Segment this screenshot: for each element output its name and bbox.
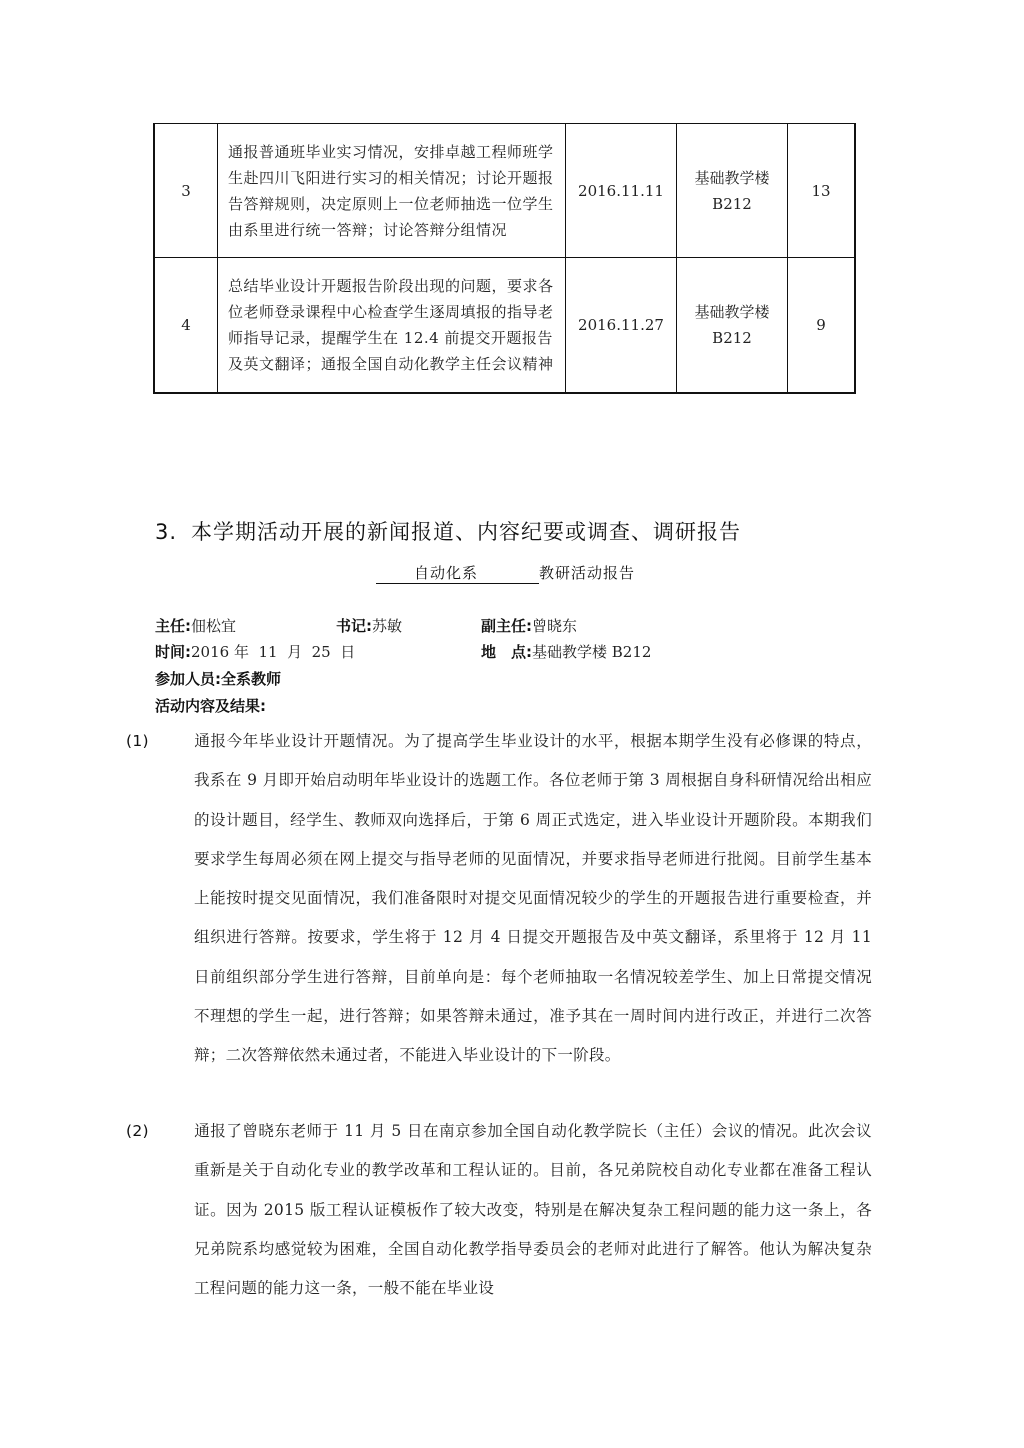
meta-row-time-location: 时间:2016 年 11 月 25 日 地 点:基础教学楼 B212 [155, 642, 755, 662]
deputy-value: 曾晓东 [532, 617, 577, 635]
content-label: 活动内容及结果: [155, 697, 266, 715]
section-heading: 3.本学期活动开展的新闻报道、内容纪要或调查、调研报告 [155, 516, 741, 546]
table-row: 3 通报普通班毕业实习情况，安排卓越工程师班学生赴四川飞阳进行实习的相关情况；讨… [154, 124, 855, 258]
director-label: 主任: [155, 617, 191, 635]
report-title: 自动化系教研活动报告 [376, 562, 635, 584]
row-number: 3 [154, 124, 218, 258]
meeting-content: 总结毕业设计开题报告阶段出现的问题，要求各位老师登录课程中心检查学生逐周填报的指… [218, 258, 566, 393]
director-value: 佃松宜 [191, 617, 236, 635]
document-page: 3 通报普通班毕业实习情况，安排卓越工程师班学生赴四川飞阳进行实习的相关情况；讨… [0, 0, 1024, 1448]
director-field: 主任:佃松宜 [155, 616, 236, 636]
report-title-suffix: 教研活动报告 [539, 564, 635, 582]
paragraph-1: (1)通报今年毕业设计开题情况。为了提高学生毕业设计的水平，根据本期学生没有必修… [160, 722, 872, 1076]
participants-line: 参加人员:全系教师 [155, 669, 281, 689]
paragraph-text: 通报了曾晓东老师于 11 月 5 日在南京参加全国自动化教学院长（主任）会议的情… [194, 1122, 872, 1297]
paragraph-2: (2)通报了曾晓东老师于 11 月 5 日在南京参加全国自动化教学院长（主任）会… [160, 1112, 872, 1308]
time-label: 时间: [155, 643, 191, 661]
place-room: B212 [677, 325, 787, 351]
place-building: 基础教学楼 [677, 165, 787, 191]
paragraph-marker: (2) [160, 1112, 194, 1151]
meta-row-officers: 主任:佃松宜 书记:苏敏 副主任:曾晓东 [155, 616, 755, 636]
secretary-value: 苏敏 [372, 617, 402, 635]
meeting-date: 2016.11.11 [566, 124, 677, 258]
meeting-records-table: 3 通报普通班毕业实习情况，安排卓越工程师班学生赴四川飞阳进行实习的相关情况；讨… [153, 123, 856, 394]
paragraph-text: 通报今年毕业设计开题情况。为了提高学生毕业设计的水平，根据本期学生没有必修课的特… [194, 732, 872, 1064]
meeting-date: 2016.11.27 [566, 258, 677, 393]
attendee-count: 13 [788, 124, 856, 258]
table-row: 4 总结毕业设计开题报告阶段出现的问题，要求各位老师登录课程中心检查学生逐周填报… [154, 258, 855, 393]
secretary-field: 书记:苏敏 [336, 616, 402, 636]
deputy-label: 副主任: [481, 617, 532, 635]
row-number: 4 [154, 258, 218, 393]
place-room: B212 [677, 191, 787, 217]
time-value: 2016 年 11 月 25 日 [191, 643, 355, 661]
section-number: 3. [155, 520, 177, 544]
location-value: 基础教学楼 B212 [532, 643, 651, 661]
location-field: 地 点:基础教学楼 B212 [481, 642, 651, 662]
meeting-content: 通报普通班毕业实习情况，安排卓越工程师班学生赴四川飞阳进行实习的相关情况；讨论开… [218, 124, 566, 258]
participants-label: 参加人员:全系教师 [155, 670, 281, 688]
content-heading: 活动内容及结果: [155, 696, 266, 716]
attendee-count: 9 [788, 258, 856, 393]
secretary-label: 书记: [336, 617, 372, 635]
meeting-place: 基础教学楼 B212 [677, 258, 788, 393]
department-name: 自动化系 [376, 563, 539, 584]
place-building: 基础教学楼 [677, 299, 787, 325]
deputy-field: 副主任:曾晓东 [481, 616, 577, 636]
section-title: 本学期活动开展的新闻报道、内容纪要或调查、调研报告 [191, 520, 741, 544]
paragraph-marker: (1) [160, 722, 194, 761]
location-label: 地 点: [481, 643, 532, 661]
time-field: 时间:2016 年 11 月 25 日 [155, 642, 355, 662]
meeting-place: 基础教学楼 B212 [677, 124, 788, 258]
